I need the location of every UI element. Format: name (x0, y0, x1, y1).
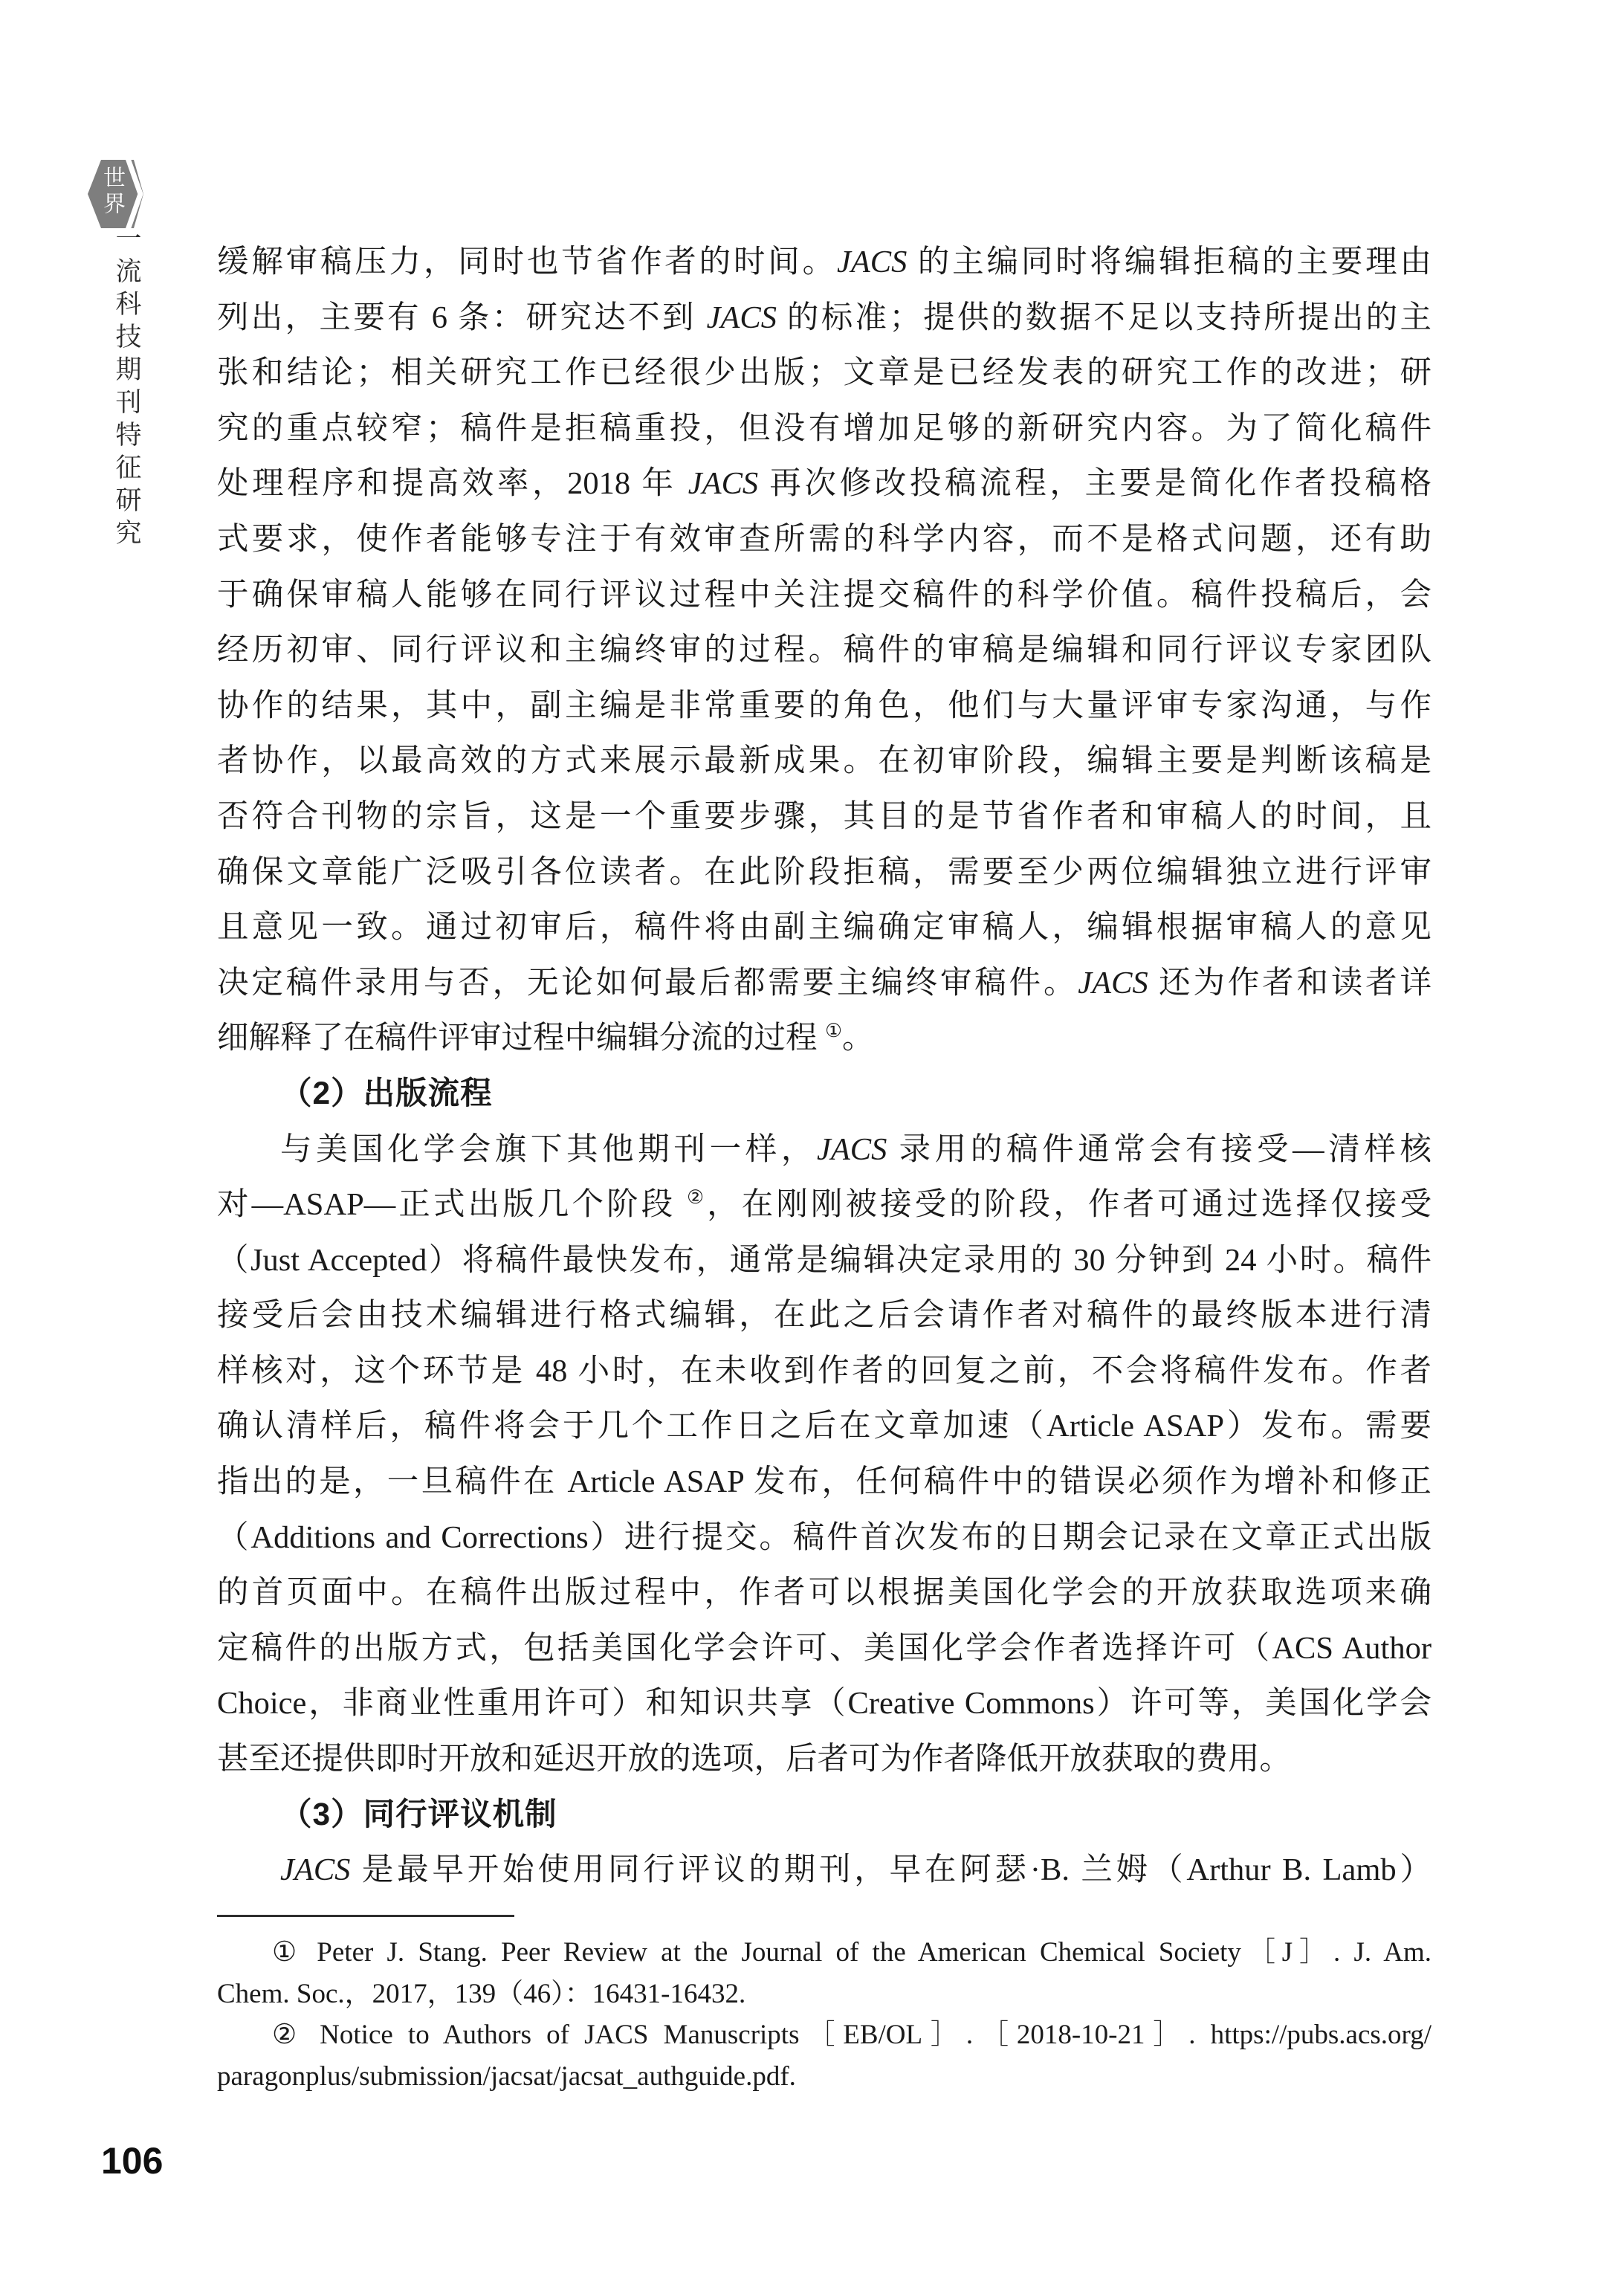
body-line: 张和结论；相关研究工作已经很少出版；文章是已经发表的研究工作的改进；研 (217, 346, 1431, 401)
footnote-separator (217, 1915, 514, 1917)
body-line: 式要求，使作者能够专注于有效审查所需的科学内容，而不是格式问题，还有助 (217, 512, 1431, 568)
body-line: 确认清样后，稿件将会于几个工作日之后在文章加速（Article ASAP）发布。… (217, 1399, 1431, 1455)
body-line: 指出的是，一旦稿件在 Article ASAP 发布，任何稿件中的错误必须作为增… (217, 1455, 1431, 1510)
body-line: 细解释了在稿件评审过程中编辑分流的过程 ①。 (217, 1011, 1431, 1067)
footnote-line: paragonplus/submission/jacsat/jacsat_aut… (217, 2056, 1431, 2098)
journal-title-italic: JACS (817, 1132, 887, 1167)
body-line: 经历初审、同行评议和主编终审的过程。稿件的审稿是编辑和同行评议专家团队 (217, 623, 1431, 679)
body-line: 对—ASAP—正式出版几个阶段 ②，在刚刚被接受的阶段，作者可通过选择仅接受 (217, 1177, 1431, 1233)
footnote-line: ② Notice to Authors of JACS Manuscripts［… (217, 2014, 1431, 2056)
body-line: 处理程序和提高效率，2018 年 JACS 再次修改投稿流程，主要是简化作者投稿… (217, 456, 1431, 512)
journal-title-italic: JACS (688, 466, 758, 501)
body-line: 甚至还提供即时开放和延迟开放的选项，后者可为作者降低开放获取的费用。 (217, 1732, 1431, 1788)
body-line: Choice，非商业性重用许可）和知识共享（Creative Commons）许… (217, 1676, 1431, 1732)
body-line: 否符合刊物的宗旨，这是一个重要步骤，其目的是节省作者和审稿人的时间，且 (217, 789, 1431, 845)
body-line: 究的重点较窄；稿件是拒稿重投，但没有增加足够的新研究内容。为了简化稿件 (217, 401, 1431, 457)
book-page: 世界 一流科技期刊特征研究 缓解审稿压力，同时也节省作者的时间。JACS 的主编… (0, 0, 1624, 2282)
body-text: 缓解审稿压力，同时也节省作者的时间。JACS 的主编同时将编辑拒稿的主要理由列出… (217, 235, 1431, 1898)
footnote-line: Chem. Soc.，2017，139（46）：16431-16432. (217, 1974, 1431, 2015)
journal-title-italic: JACS (1078, 966, 1148, 1001)
journal-title-italic: JACS (707, 300, 777, 335)
footnote-ref: ① (825, 1020, 842, 1041)
journal-title-italic: JACS (280, 1852, 350, 1887)
body-line: 样核对，这个环节是 48 小时，在未收到作者的回复之前，不会将稿件发布。作者 (217, 1344, 1431, 1400)
body-line: 列出，主要有 6 条：研究达不到 JACS 的标准；提供的数据不足以支持所提出的… (217, 291, 1431, 346)
body-line: 确保文章能广泛吸引各位读者。在此阶段拒稿，需要至少两位编辑独立进行评审 (217, 845, 1431, 901)
body-line: 缓解审稿压力，同时也节省作者的时间。JACS 的主编同时将编辑拒稿的主要理由 (217, 235, 1431, 291)
body-line: 且意见一致。通过初审后，稿件将由副主编确定审稿人，编辑根据审稿人的意见 (217, 900, 1431, 956)
footnotes: ① Peter J. Stang. Peer Review at the Jou… (217, 1932, 1431, 2097)
body-line: JACS 是最早开始使用同行评议的期刊，早在阿瑟·B. 兰姆（Arthur B.… (217, 1843, 1431, 1898)
page-number: 106 (101, 2142, 163, 2179)
body-line: 接受后会由技术编辑进行格式编辑，在此之后会请作者对稿件的最终版本进行清 (217, 1288, 1431, 1344)
body-line: 决定稿件录用与否，无论如何最后都需要主编终审稿件。JACS 还为作者和读者详 (217, 956, 1431, 1012)
journal-title-italic: JACS (837, 245, 907, 279)
body-line: 者协作，以最高效的方式来展示最新成果。在初审阶段，编辑主要是判断该稿是 (217, 734, 1431, 789)
body-line: （Additions and Corrections）进行提交。稿件首次发布的日… (217, 1510, 1431, 1566)
body-line: 定稿件的出版方式，包括美国化学会许可、美国化学会作者选择许可（ACS Autho… (217, 1621, 1431, 1677)
body-line: 于确保审稿人能够在同行评议过程中关注提交稿件的科学价值。稿件投稿后，会 (217, 568, 1431, 624)
body-line: 协作的结果，其中，副主编是非常重要的角色，他们与大量评审专家沟通，与作 (217, 679, 1431, 734)
section-heading: （3）同行评议机制 (217, 1788, 1431, 1843)
footnote-ref: ② (687, 1186, 707, 1208)
body-line: 与美国化学会旗下其他期刊一样，JACS 录用的稿件通常会有接受—清样核 (217, 1122, 1431, 1178)
body-line: 的首页面中。在稿件出版过程中，作者可以根据美国化学会的开放获取选项来确 (217, 1565, 1431, 1621)
footnote-line: ① Peter J. Stang. Peer Review at the Jou… (217, 1932, 1431, 1974)
chapter-badge: 世界 (86, 158, 152, 230)
body-line: （Just Accepted）将稿件最快发布，通常是编辑决定录用的 30 分钟到… (217, 1233, 1431, 1289)
section-heading: （2）出版流程 (217, 1067, 1431, 1122)
badge-label: 世界 (100, 166, 123, 218)
sidebar-caption: 一流科技期刊特征研究 (108, 224, 145, 552)
